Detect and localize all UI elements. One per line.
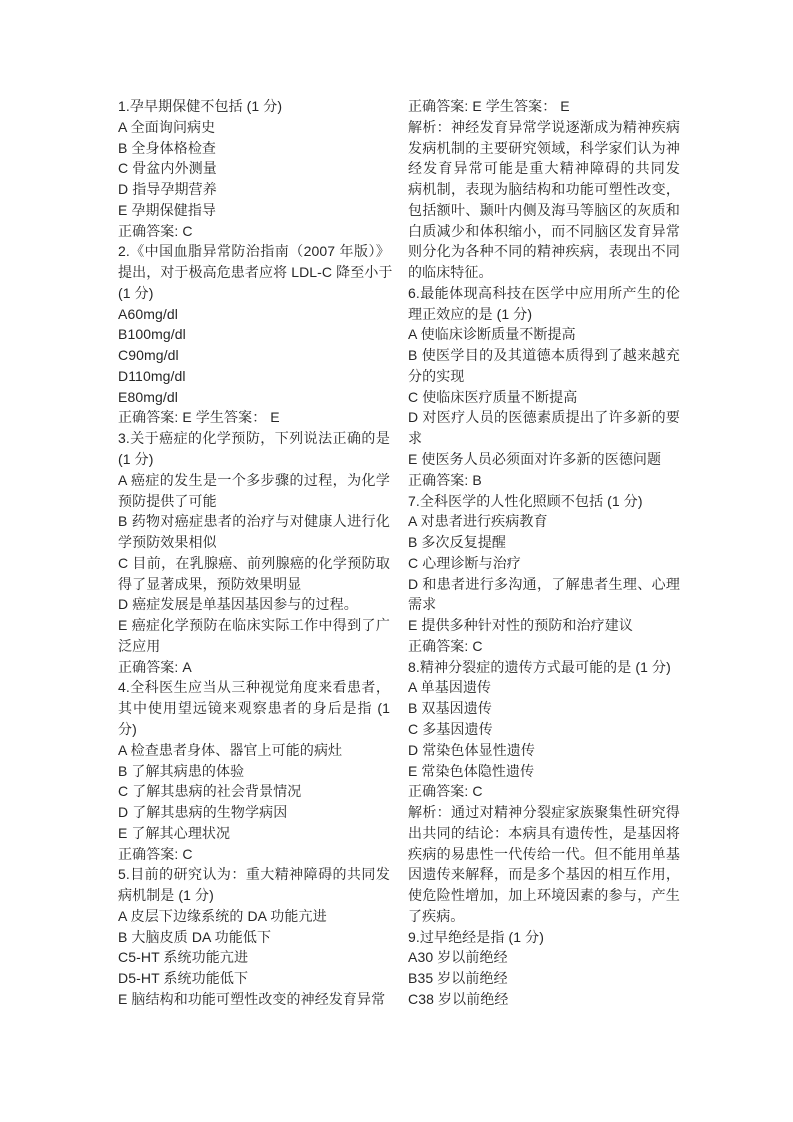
text-line: 分的实现 [408,366,680,387]
text-line: 病机制，表现为脑结构和功能可塑性改变， [408,179,680,200]
text-line: C 使临床医疗质量不断提高 [408,387,680,408]
text-line: E 常染色体隐性遗传 [408,761,680,782]
text-line: B35 岁以前绝经 [408,968,680,989]
text-line: 解析：神经发育异常学说逐渐成为精神疾病 [408,117,680,138]
text-line: 2.《中国血脂异常防治指南（2007 年版）》 [118,241,390,262]
text-line: C 心理诊断与治疗 [408,553,680,574]
text-line: C38 岁以前绝经 [408,989,680,1010]
text-line: D110mg/dl [118,366,390,387]
text-line: (1 分) [118,449,390,470]
text-line: B 使医学目的及其道德本质得到了越来越充 [408,345,680,366]
text-line: B 大脑皮质 DA 功能低下 [118,927,390,948]
text-line: 疾病的易患性一代传给一代。但不能用单基 [408,844,680,865]
text-line: B 了解其病患的体验 [118,761,390,782]
text-line: D5-HT 系统功能低下 [118,968,390,989]
text-line: B100mg/dl [118,324,390,345]
text-line: 4.全科医生应当从三种视觉角度来看患者， [118,677,390,698]
text-line: 3.关于癌症的化学预防，下列说法正确的是 [118,428,390,449]
text-line: 正确答案: C [408,636,680,657]
text-line: A 全面询问病史 [118,117,390,138]
text-line: 提出，对于极高危患者应将 LDL-C 降至小于 [118,262,390,283]
text-line: D 指导孕期营养 [118,179,390,200]
text-line: A60mg/dl [118,304,390,325]
text-line: 7.全科医学的人性化照顾不包括 (1 分) [408,491,680,512]
text-line: 得了显著成果，预防效果明显 [118,574,390,595]
text-line: D 对医疗人员的医德素质提出了许多新的要 [408,407,680,428]
text-line: D 癌症发展是单基因基因参与的过程。 [118,594,390,615]
text-line: E 癌症化学预防在临床实际工作中得到了广 [118,615,390,636]
text-line: E 提供多种针对性的预防和治疗建议 [408,615,680,636]
text-line: A 癌症的发生是一个多步骤的过程，为化学 [118,470,390,491]
text-line: 出共同的结论：本病具有遗传性，是基因将 [408,823,680,844]
text-line: 包括额叶、颞叶内侧及海马等脑区的灰质和 [408,200,680,221]
text-line: 正确答案: E 学生答案： E [118,407,390,428]
text-line: 则分化为各种不同的精神疾病，表现出不同 [408,241,680,262]
text-line: A 皮层下边缘系统的 DA 功能亢进 [118,906,390,927]
text-line: D 常染色体显性遗传 [408,740,680,761]
text-line: 了疾病。 [408,906,680,927]
text-line: E 了解其心理状况 [118,823,390,844]
text-line: 需求 [408,594,680,615]
text-line: C 目前，在乳腺癌、前列腺癌的化学预防取 [118,553,390,574]
document-page: 1.孕早期保健不包括 (1 分)A 全面询问病史B 全身体格检查C 骨盆内外测量… [0,0,793,1122]
text-line: C 了解其患病的社会背景情况 [118,781,390,802]
text-line: 预防提供了可能 [118,491,390,512]
text-line: E 脑结构和功能可塑性改变的神经发育异常 [118,989,390,1010]
text-line: D 和患者进行多沟通，了解患者生理、心理 [408,574,680,595]
text-line: 6.最能体现高科技在医学中应用所产生的伦 [408,283,680,304]
text-columns: 1.孕早期保健不包括 (1 分)A 全面询问病史B 全身体格检查C 骨盆内外测量… [118,96,680,1010]
text-line: A 检查患者身体、器官上可能的病灶 [118,740,390,761]
text-line: A 使临床诊断质量不断提高 [408,324,680,345]
text-line: C 多基因遗传 [408,719,680,740]
text-line: D 了解其患病的生物学病因 [118,802,390,823]
text-line: C 骨盆内外测量 [118,158,390,179]
text-line: 解析：通过对精神分裂症家族聚集性研究得 [408,802,680,823]
text-line: 正确答案: A [118,657,390,678]
text-line: 9.过早绝经是指 (1 分) [408,927,680,948]
text-line: 使危险性增加，加上环境因素的参与，产生 [408,885,680,906]
text-line: 求 [408,428,680,449]
text-line: E80mg/dl [118,387,390,408]
text-line: A 单基因遗传 [408,677,680,698]
text-line: A 对患者进行疾病教育 [408,511,680,532]
text-line: 正确答案: C [118,221,390,242]
text-line: (1 分) [118,283,390,304]
text-line: B 双基因遗传 [408,698,680,719]
text-line: C5-HT 系统功能亢进 [118,947,390,968]
text-column-right: 正确答案: E 学生答案： E解析：神经发育异常学说逐渐成为精神疾病发病机制的主… [408,96,680,1010]
text-line: 5.目前的研究认为：重大精神障碍的共同发 [118,864,390,885]
text-line: A30 岁以前绝经 [408,947,680,968]
text-column-left: 1.孕早期保健不包括 (1 分)A 全面询问病史B 全身体格检查C 骨盆内外测量… [118,96,390,1010]
text-line: 病机制是 (1 分) [118,885,390,906]
text-line: C90mg/dl [118,345,390,366]
text-line: 学预防效果相似 [118,532,390,553]
text-line: B 全身体格检查 [118,138,390,159]
text-line: 理正效应的是 (1 分) [408,304,680,325]
text-line: E 孕期保健指导 [118,200,390,221]
text-line: 正确答案: B [408,470,680,491]
text-line: 经发育异常可能是重大精神障碍的共同发 [408,158,680,179]
text-line: 1.孕早期保健不包括 (1 分) [118,96,390,117]
text-line: 8.精神分裂症的遗传方式最可能的是 (1 分) [408,657,680,678]
text-line: 正确答案: E 学生答案： E [408,96,680,117]
text-line: E 使医务人员必须面对许多新的医德问题 [408,449,680,470]
text-line: B 多次反复提醒 [408,532,680,553]
text-line: 正确答案: C [408,781,680,802]
text-line: B 药物对癌症患者的治疗与对健康人进行化 [118,511,390,532]
text-line: 分) [118,719,390,740]
text-line: 其中使用望远镜来观察患者的身后是指 (1 [118,698,390,719]
text-line: 发病机制的主要研究领域，科学家们认为神 [408,138,680,159]
text-line: 的临床特征。 [408,262,680,283]
text-line: 泛应用 [118,636,390,657]
text-line: 因遗传来解释，而是多个基因的相互作用， [408,864,680,885]
text-line: 白质减少和体积缩小，而不同脑区发育异常 [408,221,680,242]
text-line: 正确答案: C [118,844,390,865]
